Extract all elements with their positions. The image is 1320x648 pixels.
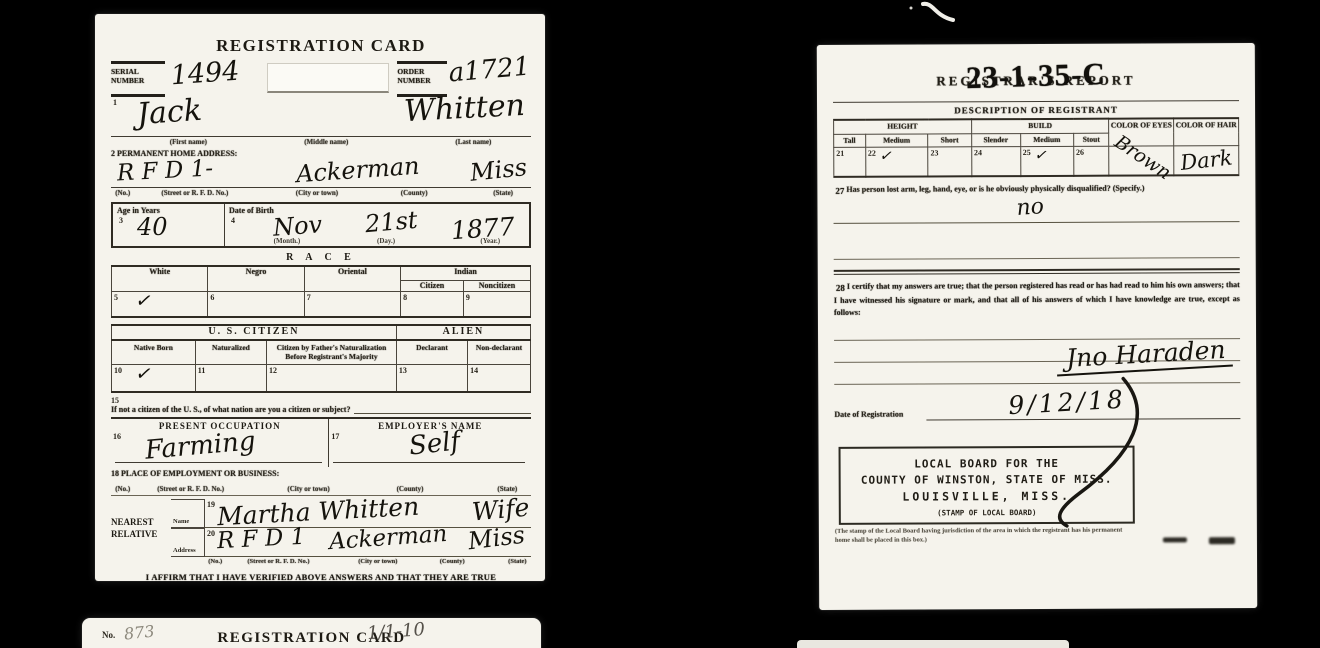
bottom-card-no-label: No. [102, 630, 115, 640]
scanned-document-page: REGISTRATION CARD SERIAL NUMBER 1494 ORD… [0, 0, 1320, 648]
age-header: Age in Years [117, 206, 220, 215]
citizen-cell-10: 10 ✓ [112, 364, 196, 392]
height-medium-checkmark: ✓ [878, 148, 894, 164]
native-born-checkmark: ✓ [134, 364, 154, 384]
rel-city-sublabel: (City or town) [358, 558, 397, 565]
height-tall: Tall [834, 134, 866, 147]
dob-year-sublabel: (Year.) [480, 237, 500, 245]
name-row: 1 Jack Whitten [111, 97, 531, 137]
registration-card-front: REGISTRATION CARD SERIAL NUMBER 1494 ORD… [95, 14, 545, 581]
address-state-sublabel: (State) [493, 189, 513, 197]
occupation-underline [115, 462, 322, 463]
citizen-alien-table: U. S. CITIZEN ALIEN Native Born Naturali… [111, 324, 531, 393]
desc-cell-22: 22 ✓ [865, 146, 928, 176]
place-of-employment-label: 18 PLACE OF EMPLOYMENT OR BUSINESS: [111, 469, 531, 478]
home-address-row: R F D 1- Ackerman Miss [111, 158, 531, 188]
serial-number-label: SERIAL NUMBER [111, 61, 165, 97]
citizen-cell-12: 12 [267, 364, 397, 392]
rel-state-sublabel: (State) [508, 558, 526, 565]
stamp-of-local-board-sublabel: (STAMP OF LOCAL BOARD) [845, 508, 1129, 518]
race-cell-7: 7 [304, 291, 400, 317]
relative-address-state: Miss [467, 521, 527, 556]
race-white-checkmark: ✓ [134, 291, 154, 311]
race-header: R A C E [111, 252, 531, 263]
bottom-card-annotation: 1/1-10 [366, 619, 425, 644]
description-table: HEIGHT BUILD COLOR OF EYES COLOR OF HAIR… [833, 117, 1239, 178]
desc-cell-23-number: 23 [928, 147, 938, 157]
first-name-sublabel: (First name) [170, 138, 207, 146]
field-number-1: 1 [111, 97, 117, 107]
serial-label-line2: NUMBER [111, 76, 144, 85]
question-15-text: If not a citizen of the U. S., of what n… [111, 405, 350, 414]
scan-artifact-squiggle [905, 0, 975, 26]
board-stamp-line2: COUNTY OF WINSTON, STATE OF MISS. [845, 473, 1129, 487]
relative-address-line: 20 R F D 1 Ackerman Miss [205, 528, 531, 557]
certification-28: 28 I certify that my answers are true; t… [834, 279, 1240, 319]
registration-card-back: REGISTRAR'S REPORT 23-1-35-C DESCRIPTION… [817, 43, 1257, 610]
answer-27-line: no [833, 196, 1239, 224]
race-col-negro: Negro [208, 266, 304, 291]
place-state-sublabel: (State) [497, 485, 517, 493]
field-number-16: 16 [111, 431, 121, 441]
citizen-cell-11-number: 11 [196, 365, 206, 375]
desc-cell-21: 21 [834, 147, 866, 177]
employer-cell: EMPLOYER'S NAME 17 Self [329, 419, 531, 467]
height-short: Short [928, 133, 972, 146]
nearest-label-line1: NEAREST [111, 517, 154, 527]
address-no-sublabel: (No.) [115, 189, 130, 197]
desc-cell-25-number: 25 [1021, 147, 1031, 157]
date-of-registration-value: 9/12/18 [1007, 385, 1126, 421]
local-board-stamp-box: LOCAL BOARD FOR THE COUNTY OF WINSTON, S… [839, 446, 1135, 525]
employer-value: Self [408, 427, 462, 462]
desc-cell-25: 25 ✓ [1020, 146, 1073, 176]
serial-label-line1: SERIAL [111, 67, 139, 76]
desc-cell-24: 24 [971, 146, 1020, 176]
date-of-registration-label: Date of Registration [834, 410, 926, 421]
race-col-indian-noncitizen: Noncitizen [463, 280, 530, 291]
dob-day-value: 21st [364, 206, 419, 238]
build-stout: Stout [1073, 133, 1109, 146]
field-number-20: 20 [205, 528, 215, 538]
alien-header: ALIEN [396, 325, 530, 340]
address-sublabels: (No.) (Street or R. F. D. No.) (City or … [111, 188, 531, 198]
occupation-cell: PRESENT OCCUPATION 16 Farming [111, 419, 329, 467]
dob-day-sublabel: (Day.) [377, 237, 395, 245]
desc-cell-22-number: 22 [866, 147, 876, 157]
build-header: BUILD [971, 119, 1109, 134]
print-code-smudge-1 [1163, 537, 1187, 542]
relative-name-box: Name [171, 499, 205, 528]
answer-15-blank-line [354, 405, 531, 414]
first-name-value: Jack [136, 93, 203, 132]
date-line: 9/12/18 [926, 389, 1240, 420]
height-medium: Medium [865, 133, 928, 146]
desc-cell-23: 23 [928, 146, 972, 176]
address-city-sublabel: (City or town) [296, 189, 338, 197]
race-col-white: White [112, 266, 208, 291]
citizen-cell-10-number: 10 [112, 365, 122, 375]
race-cell-5: 5 ✓ [112, 291, 208, 317]
citizen-col-native: Native Born [112, 340, 196, 364]
nearest-relative-section: NEAREST RELATIVE Name Address 19 Martha … [111, 499, 531, 567]
address-street-sublabel: (Street or R. F. D. No.) [161, 189, 228, 197]
alien-col-declarant: Declarant [396, 340, 467, 364]
race-cell-7-number: 7 [305, 292, 311, 302]
question-15: 15 If not a citizen of the U. S., of wha… [111, 396, 531, 414]
relative-address-box: Address [171, 528, 205, 557]
certification-28-text: I certify that my answers are true; that… [834, 280, 1240, 317]
citizen-cell-14: 14 [468, 364, 531, 392]
address-rfd-value: R F D 1- [116, 156, 213, 187]
date-of-registration-row: Date of Registration 9/12/18 [834, 387, 1240, 421]
board-number-stamp: 23-1-35-C [965, 56, 1106, 96]
field-number-19: 19 [205, 499, 215, 509]
last-name-sublabel: (Last name) [455, 138, 491, 146]
dob-month-sublabel: (Month.) [274, 237, 301, 245]
race-cell-8-number: 8 [401, 292, 407, 302]
relative-field-boxes: Name Address [171, 499, 205, 567]
address-county-sublabel: (County) [401, 189, 428, 197]
last-name-value: Whitten [403, 88, 526, 129]
field-number-4: 4 [229, 215, 235, 225]
height-header: HEIGHT [834, 119, 972, 134]
field-number-3: 3 [117, 215, 123, 225]
desc-cell-24-number: 24 [972, 147, 982, 157]
eyes-value-cell: Brown [1109, 145, 1174, 175]
build-medium-checkmark: ✓ [1033, 147, 1049, 163]
name-sublabels: (First name) (Middle name) (Last name) [111, 137, 531, 147]
order-label-line1: ORDER [397, 67, 424, 76]
age-dob-row: Age in Years 3 40 Date of Birth 4 Nov 21… [111, 202, 531, 248]
race-cell-9-number: 9 [464, 292, 470, 302]
registrar-signature-area: Jno Haraden [834, 317, 1240, 385]
nearest-label-line2: RELATIVE [111, 529, 157, 539]
rel-no-sublabel: (No.) [208, 558, 222, 565]
desc-cell-26: 26 [1074, 146, 1110, 176]
dob-cell: Date of Birth 4 Nov 21st 1877 (Month.) (… [225, 204, 529, 246]
desc-cell-26-number: 26 [1074, 146, 1084, 156]
citizen-cell-14-number: 14 [468, 365, 478, 375]
hair-color-value: Dark [1179, 145, 1233, 175]
race-col-oriental: Oriental [304, 266, 400, 291]
field-number-15: 15 [111, 396, 119, 405]
race-cell-6: 6 [208, 291, 304, 317]
field-number-27: 27 [833, 184, 844, 198]
order-label-line2: NUMBER [397, 76, 430, 85]
answer-27-value: no [1015, 194, 1044, 221]
us-citizen-header: U. S. CITIZEN [112, 325, 397, 340]
address-state-value: Miss [469, 153, 529, 187]
relative-name-line: 19 Martha Whitten Wife [205, 499, 531, 528]
board-stamp-note: (The stamp of the Local Board having jur… [835, 527, 1135, 546]
middle-name-sublabel: (Middle name) [304, 138, 348, 146]
hair-value-cell: Dark [1174, 145, 1239, 175]
age-cell: Age in Years 3 40 [113, 204, 225, 246]
race-cell-9: 9 [463, 291, 530, 317]
back-title-area: REGISTRAR'S REPORT 23-1-35-C [833, 55, 1239, 101]
next-registration-card-partial: No. 873 REGISTRATION CARD 1/1-10 [82, 618, 541, 648]
blank-line-1 [834, 236, 1240, 260]
race-col-indian: Indian [401, 266, 531, 280]
citizen-col-naturalized: Naturalized [195, 340, 266, 364]
blank-box [267, 63, 389, 93]
rel-street-sublabel: (Street or R. F. D. No.) [247, 558, 309, 565]
citizen-cell-11: 11 [195, 364, 266, 392]
relative-values: 19 Martha Whitten Wife 20 R F D 1 Ackerm… [205, 499, 531, 567]
race-cell-5-number: 5 [112, 292, 118, 302]
bottom-card-no-value: 873 [123, 621, 155, 643]
race-cell-6-number: 6 [208, 292, 214, 302]
citizen-cell-13: 13 [396, 364, 467, 392]
citizen-col-father: Citizen by Father's Naturalization Befor… [267, 340, 397, 364]
desc-cell-21-number: 21 [834, 147, 844, 157]
question-27-text: Has person lost arm, leg, hand, eye, or … [846, 184, 1144, 194]
citizen-cell-12-number: 12 [267, 365, 277, 375]
build-slender: Slender [971, 133, 1020, 146]
print-code-smudge-2 [1209, 537, 1235, 544]
address-city-value: Ackerman [295, 152, 420, 189]
nearest-relative-label: NEAREST RELATIVE [111, 499, 171, 567]
race-cell-8: 8 [401, 291, 464, 317]
rel-county-sublabel: (County) [440, 558, 465, 565]
place-no-sublabel: (No.) [115, 485, 130, 493]
color-of-hair-header: COLOR OF HAIR [1174, 118, 1239, 145]
double-rule [834, 268, 1240, 275]
description-header: DESCRIPTION OF REGISTRANT [833, 104, 1239, 116]
field-number-17: 17 [329, 431, 339, 441]
field-number-28: 28 [834, 280, 845, 295]
occupation-value: Farming [144, 426, 257, 466]
place-city-sublabel: (City or town) [287, 485, 329, 493]
place-street-sublabel: (Street or R. F. D. No.) [157, 485, 224, 493]
employer-underline [333, 462, 525, 463]
board-stamp-line1: LOCAL BOARD FOR THE [845, 457, 1129, 471]
race-col-indian-citizen: Citizen [401, 280, 464, 291]
race-table: White Negro Oriental Indian Citizen Nonc… [111, 265, 531, 318]
build-medium: Medium [1020, 133, 1073, 146]
alien-col-nondeclarant: Non-declarant [468, 340, 531, 364]
board-stamp-line3: LOUISVILLE, MISS. [845, 489, 1129, 504]
next-card-edge-sliver [797, 640, 1069, 648]
age-value: 40 [137, 213, 168, 241]
relative-address-rfd: R F D 1 [216, 524, 306, 555]
front-card-title: REGISTRATION CARD [111, 36, 531, 56]
citizen-cell-13-number: 13 [397, 365, 407, 375]
occupation-employer-section: PRESENT OCCUPATION 16 Farming EMPLOYER'S… [111, 417, 531, 467]
relative-address-sublabels: (No.) (Street or R. F. D. No.) (City or … [205, 557, 531, 567]
place-of-employment-sublabels: (No.) (Street or R. F. D. No.) (City or … [111, 478, 531, 496]
